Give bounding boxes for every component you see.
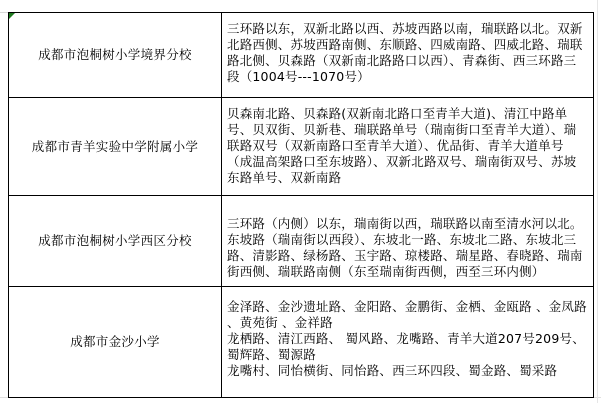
enrollment-area-cell[interactable]: 三环路（内侧）以东，瑞南街以西，瑞联路以南至清水河以北。东坡路（瑞南街以西段）、… [222,196,594,287]
area-text: 金泽路、金沙遗址路、金阳路、金鹏街、金栖、金瓯路 、金凤路 、黄苑街 、金祥路 [227,299,589,331]
table-row: 成都市青羊实验中学附属小学 贝森南北路、贝森路(双新南北路口至青羊大道)、清江中… [9,98,594,196]
comment-marker-icon[interactable] [9,13,15,19]
enrollment-area-cell[interactable]: 三环路以东，双新北路以西、苏坡西路以南，瑞联路以北。双新北路西侧、苏坡西路南侧、… [222,13,594,98]
school-zone-table: 成都市泡桐树小学境界分校 三环路以东，双新北路以西、苏坡西路以南，瑞联路以北。双… [8,12,594,398]
school-name: 成都市泡桐树小学境界分校 [38,47,192,62]
school-name: 成都市青羊实验中学附属小学 [32,139,198,154]
gridline [597,0,598,403]
school-name: 成都市金沙小学 [70,334,160,349]
school-name-cell[interactable]: 成都市泡桐树小学西区分校 [9,196,222,287]
area-text: 三环路（内侧）以东，瑞南街以西，瑞联路以南至清水河以北。东坡路（瑞南街以西段）、… [227,216,589,280]
gridline [0,12,8,13]
area-text: 三环路以东，双新北路以西、苏坡西路以南，瑞联路以北。双新北路西侧、苏坡西路南侧、… [227,21,589,85]
school-name: 成都市泡桐树小学西区分校 [38,233,192,248]
area-text: 龙栖路、清江西路、 蜀风路、龙嘴路、青羊大道207号209号、蜀辉路、蜀源路 [227,331,589,363]
table-row: 成都市泡桐树小学境界分校 三环路以东，双新北路以西、苏坡西路以南，瑞联路以北。双… [9,13,594,98]
enrollment-area-cell[interactable]: 贝森南北路、贝森路(双新南北路口至青羊大道)、清江中路单号、贝双街、贝新巷、瑞联… [222,98,594,196]
school-name-cell[interactable]: 成都市泡桐树小学境界分校 [9,13,222,98]
table-row: 成都市泡桐树小学西区分校 三环路（内侧）以东，瑞南街以西，瑞联路以南至清水河以北… [9,196,594,287]
enrollment-area-cell[interactable]: 金泽路、金沙遗址路、金阳路、金鹏街、金栖、金瓯路 、金凤路 、黄苑街 、金祥路 … [222,287,594,398]
spreadsheet-view: 成都市泡桐树小学境界分校 三环路以东，双新北路以西、苏坡西路以南，瑞联路以北。双… [0,0,601,403]
area-text: 龙嘴村、同怡横街、同怡路、西三环四段、蜀金路、蜀采路 [227,363,589,379]
school-name-cell[interactable]: 成都市金沙小学 [9,287,222,398]
table-row: 成都市金沙小学 金泽路、金沙遗址路、金阳路、金鹏街、金栖、金瓯路 、金凤路 、黄… [9,287,594,398]
area-text: 贝森南北路、贝森路(双新南北路口至青羊大道)、清江中路单号、贝双街、贝新巷、瑞联… [227,106,589,186]
school-name-cell[interactable]: 成都市青羊实验中学附属小学 [9,98,222,196]
